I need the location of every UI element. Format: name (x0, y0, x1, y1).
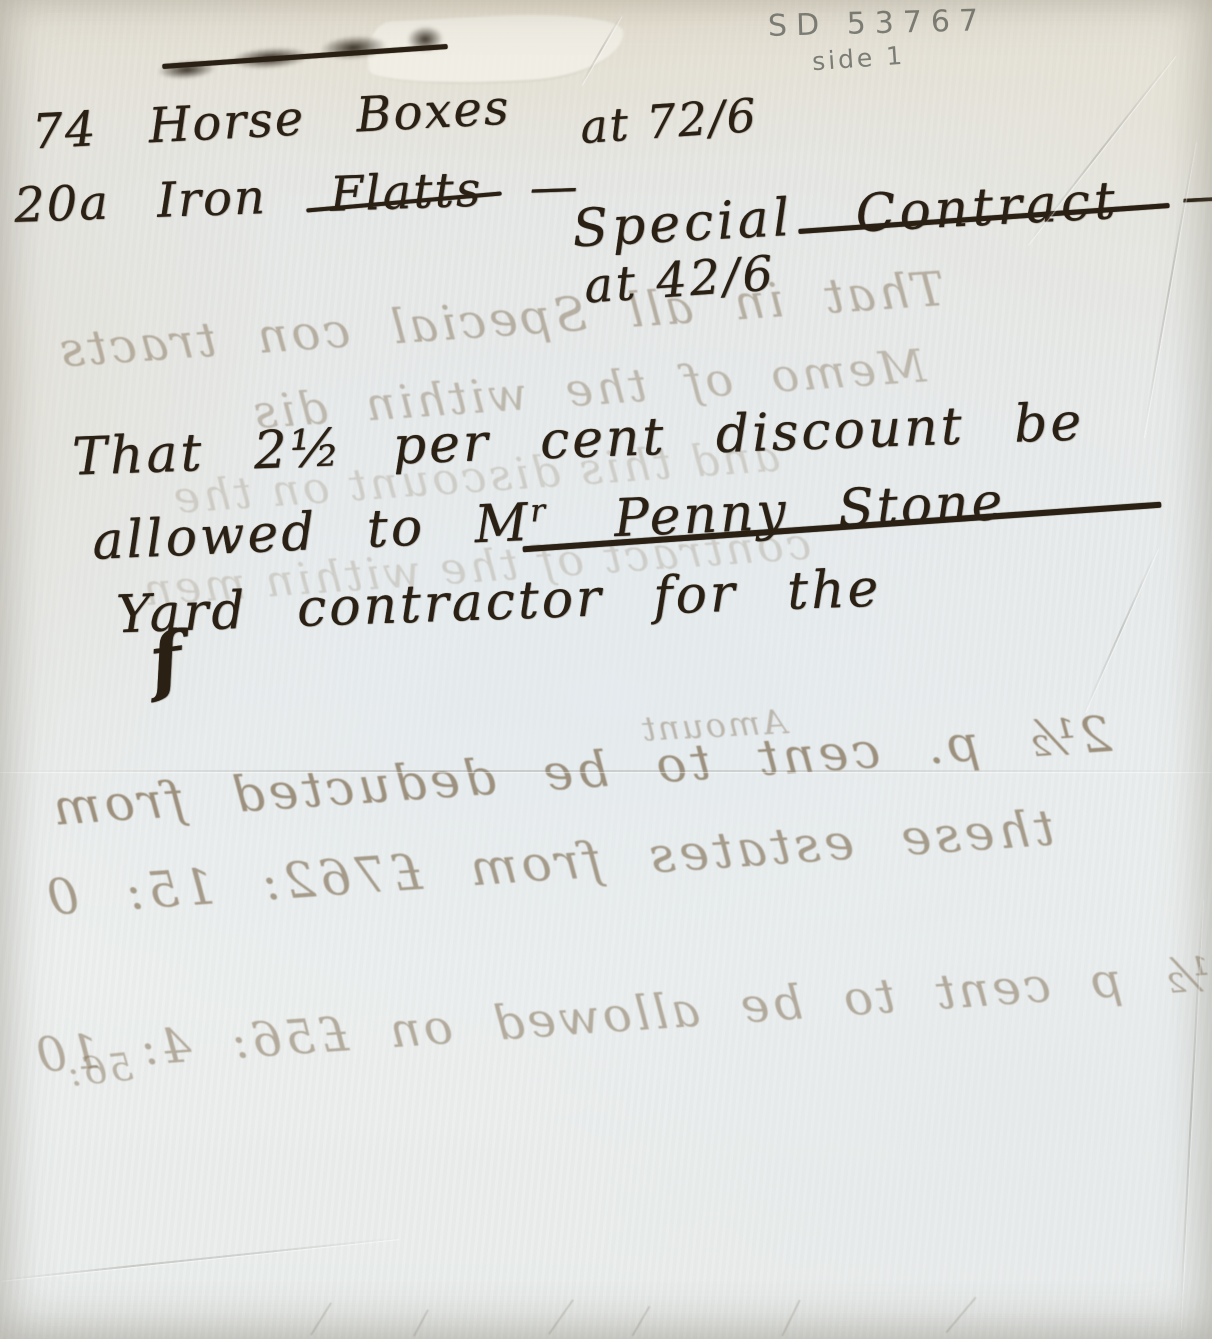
bleedthrough-line: 2½ p cent to be allowed on £56: 4: 10 (32, 944, 1212, 1084)
special-contract-dash: — (1180, 165, 1212, 228)
bleedthrough-line: 56: (64, 1045, 135, 1096)
special-contract-struck: Contract (854, 171, 1120, 245)
archive-reference: SD 53767 (768, 3, 988, 44)
ledger-row2-note: Special Contract — (571, 165, 1212, 260)
memo-line2-superscript: r (529, 493, 548, 530)
crease-line (1083, 547, 1158, 712)
faint-stroke (413, 1309, 429, 1336)
faint-stroke (945, 1297, 976, 1334)
ledger-row2-item-prefix: 20a Iron (13, 169, 267, 234)
manuscript-page: SD 53767 side 1 74 Horse Boxes at 72/6 2… (0, 0, 1212, 1339)
ledger-row1-rate: at 72/6 (578, 88, 759, 154)
faint-stroke (781, 1300, 800, 1337)
faint-stroke (632, 1306, 651, 1336)
faint-stroke (548, 1299, 574, 1335)
ledger-row1-item: 74 Horse Boxes (31, 80, 512, 161)
archive-side-label: side 1 (811, 41, 906, 76)
ledger-row2-item-struck: Flatts (329, 162, 483, 223)
crease-line (1, 1237, 399, 1281)
faint-stroke (310, 1302, 332, 1335)
